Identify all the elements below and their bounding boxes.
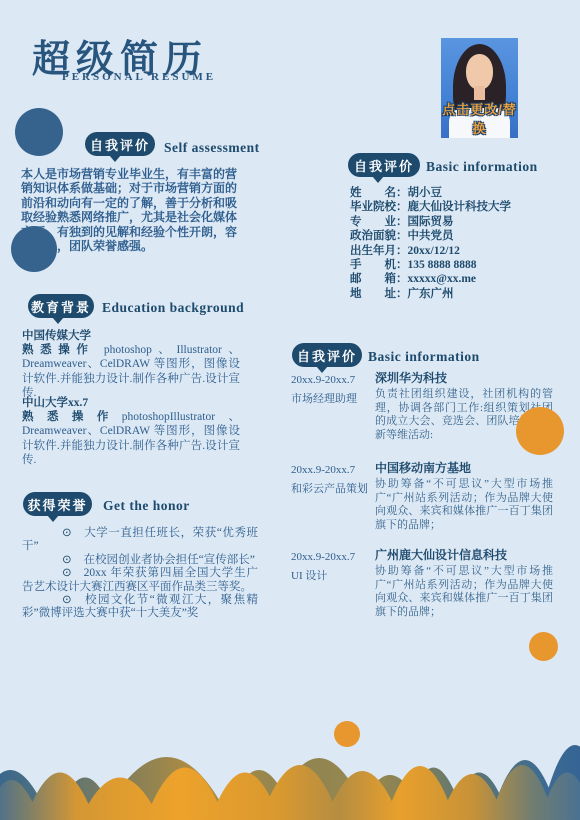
info-value: 胡小豆 [408, 187, 443, 199]
experience-role: UI 设计 [291, 567, 375, 586]
honor-item: ⊙在校园创业者协会担任“宣传部长” [22, 554, 258, 567]
bullet-icon: ⊙ [62, 527, 72, 539]
honor-text: 校园文化节“微观江大，聚焦精彩”微博评选大赛中获“十大美友”奖 [22, 594, 258, 619]
education-lead: 熟悉操作 [22, 344, 94, 356]
badge-en-honor: Get the honor [103, 498, 190, 514]
honor-text: 20xx 年荣获第四届全国大学生广告艺术设计大赛江西赛区平面作品类三等奖。 [22, 567, 258, 592]
info-value: xxxxx@xx.me [408, 273, 477, 285]
honor-item: ⊙大学一直担任班长，荣获“优秀班干” [22, 527, 258, 554]
honor-text: 在校园创业者协会担任“宣传部长” [84, 554, 255, 566]
info-row: 邮 箱：xxxxx@xx.me [350, 272, 540, 286]
education-entry: 中山大学xx.7 熟悉操作photoshopIllustrator、Dreamw… [22, 396, 240, 467]
experience-entry: 20xx.9-20xx.7 和彩云产品策划 中国移动南方基地 协助筹备“不可思议… [291, 461, 553, 532]
info-value: 20xx/12/12 [408, 245, 460, 257]
info-row: 姓 名：胡小豆 [350, 186, 540, 200]
decor-circle-orange-large [516, 407, 564, 455]
decor-circle-blue-top [15, 108, 63, 156]
decor-circle-blue-mid [11, 226, 57, 272]
badge-honor: 获得荣誉 [23, 492, 92, 516]
bullet-icon: ⊙ [62, 554, 72, 566]
badge-label: 自我评价 [354, 156, 414, 175]
info-value: 135 8888 8888 [408, 259, 477, 271]
school-name: 中国传媒大学 [22, 329, 240, 343]
info-label: 专 业： [350, 216, 408, 228]
info-label: 政治面貌： [350, 230, 408, 242]
photo-replace-button[interactable]: 点击更改/替换 [441, 99, 518, 137]
info-label: 地 址： [350, 288, 408, 300]
info-label: 手 机： [350, 259, 408, 271]
bullet-icon: ⊙ [62, 594, 72, 606]
experience-entry: 20xx.9-20xx.7 UI 设计 广州鹿大仙设计信息科技 协助筹备“不可思… [291, 548, 553, 619]
resume-page: 超级简历 PERSONAL RESUME 点击更改/替换 自我评价 Self a… [0, 0, 580, 820]
badge-label: 自我评价 [297, 346, 357, 365]
badge-education: 教育背景 [28, 294, 94, 318]
education-detail: 熟悉操作 photoshop、Illustrator、Dreamweaver、C… [22, 343, 240, 400]
info-value: 鹿大仙设计科技大学 [408, 201, 512, 213]
portrait-neck [474, 86, 485, 100]
experience-date: 20xx.9-20xx.7 [291, 548, 375, 567]
experience-desc: 协助筹备“不可思议”大型市场推广“广州站系列活动；作为品牌大使向观众、来宾和媒体… [375, 478, 553, 532]
basic-info-list: 姓 名：胡小豆 毕业院校：鹿大仙设计科技大学 专 业：国际贸易 政治面貌：中共党… [350, 186, 540, 301]
experience-role: 和彩云产品策划 [291, 480, 375, 499]
badge-en-self-assessment: Self assessment [164, 140, 260, 156]
honor-item: ⊙20xx 年荣获第四届全国大学生广告艺术设计大赛江西赛区平面作品类三等奖。 [22, 567, 258, 594]
company-name: 中国移动南方基地 [375, 461, 553, 475]
info-label: 邮 箱： [350, 273, 408, 285]
info-value: 国际贸易 [408, 216, 454, 228]
badge-experience: 自我评价 [292, 343, 362, 367]
honor-item: ⊙校园文化节“微观江大，聚焦精彩”微博评选大赛中获“十大美友”奖 [22, 594, 258, 621]
info-label: 姓 名： [350, 187, 408, 199]
school-name: 中山大学xx.7 [22, 396, 240, 410]
education-detail: 熟悉操作photoshopIllustrator、Dreamweaver、Cel… [22, 410, 240, 467]
company-name: 深圳华为科技 [375, 371, 553, 385]
info-row: 手 机：135 8888 8888 [350, 258, 540, 272]
bullet-icon: ⊙ [62, 567, 72, 579]
page-subtitle: PERSONAL RESUME [62, 71, 216, 83]
mountains-graphic [0, 740, 580, 820]
badge-self-assessment: 自我评价 [85, 132, 155, 156]
experience-role: 市场经理助理 [291, 390, 375, 409]
honor-text: 大学一直担任班长，荣获“优秀班干” [22, 527, 258, 552]
education-lead: 熟悉操作 [22, 411, 122, 423]
info-row: 毕业院校：鹿大仙设计科技大学 [350, 200, 540, 214]
badge-en-experience: Basic information [368, 349, 480, 365]
experience-desc: 协助筹备“不可思议”大型市场推广“广州站系列活动；作为品牌大使向观众、来宾和媒体… [375, 565, 553, 619]
portrait-face [466, 54, 493, 90]
info-value: 广东广州 [408, 288, 454, 300]
info-value: 中共党员 [408, 230, 454, 242]
info-label: 出生年月： [350, 245, 408, 257]
info-row: 地 址：广东广州 [350, 287, 540, 301]
honor-list: ⊙大学一直担任班长，荣获“优秀班干” ⊙在校园创业者协会担任“宣传部长” ⊙20… [22, 527, 258, 621]
experience-date: 20xx.9-20xx.7 [291, 371, 375, 390]
badge-basic-info: 自我评价 [348, 153, 420, 177]
badge-label: 获得荣誉 [27, 495, 87, 514]
education-entry: 中国传媒大学 熟悉操作 photoshop、Illustrator、Dreamw… [22, 329, 240, 400]
id-photo[interactable]: 点击更改/替换 [441, 38, 518, 138]
info-row: 出生年月：20xx/12/12 [350, 244, 540, 258]
decor-circle-orange-small [529, 632, 558, 661]
info-label: 毕业院校： [350, 201, 408, 213]
company-name: 广州鹿大仙设计信息科技 [375, 548, 553, 562]
badge-en-education: Education background [102, 300, 244, 316]
experience-entry: 20xx.9-20xx.7 市场经理助理 深圳华为科技 负责社团组织建设，社团机… [291, 371, 553, 442]
badge-label: 自我评价 [90, 135, 150, 154]
info-row: 专 业：国际贸易 [350, 215, 540, 229]
badge-label: 教育背景 [31, 297, 91, 316]
badge-en-basic-info: Basic information [426, 159, 538, 175]
info-row: 政治面貌：中共党员 [350, 229, 540, 243]
experience-date: 20xx.9-20xx.7 [291, 461, 375, 480]
